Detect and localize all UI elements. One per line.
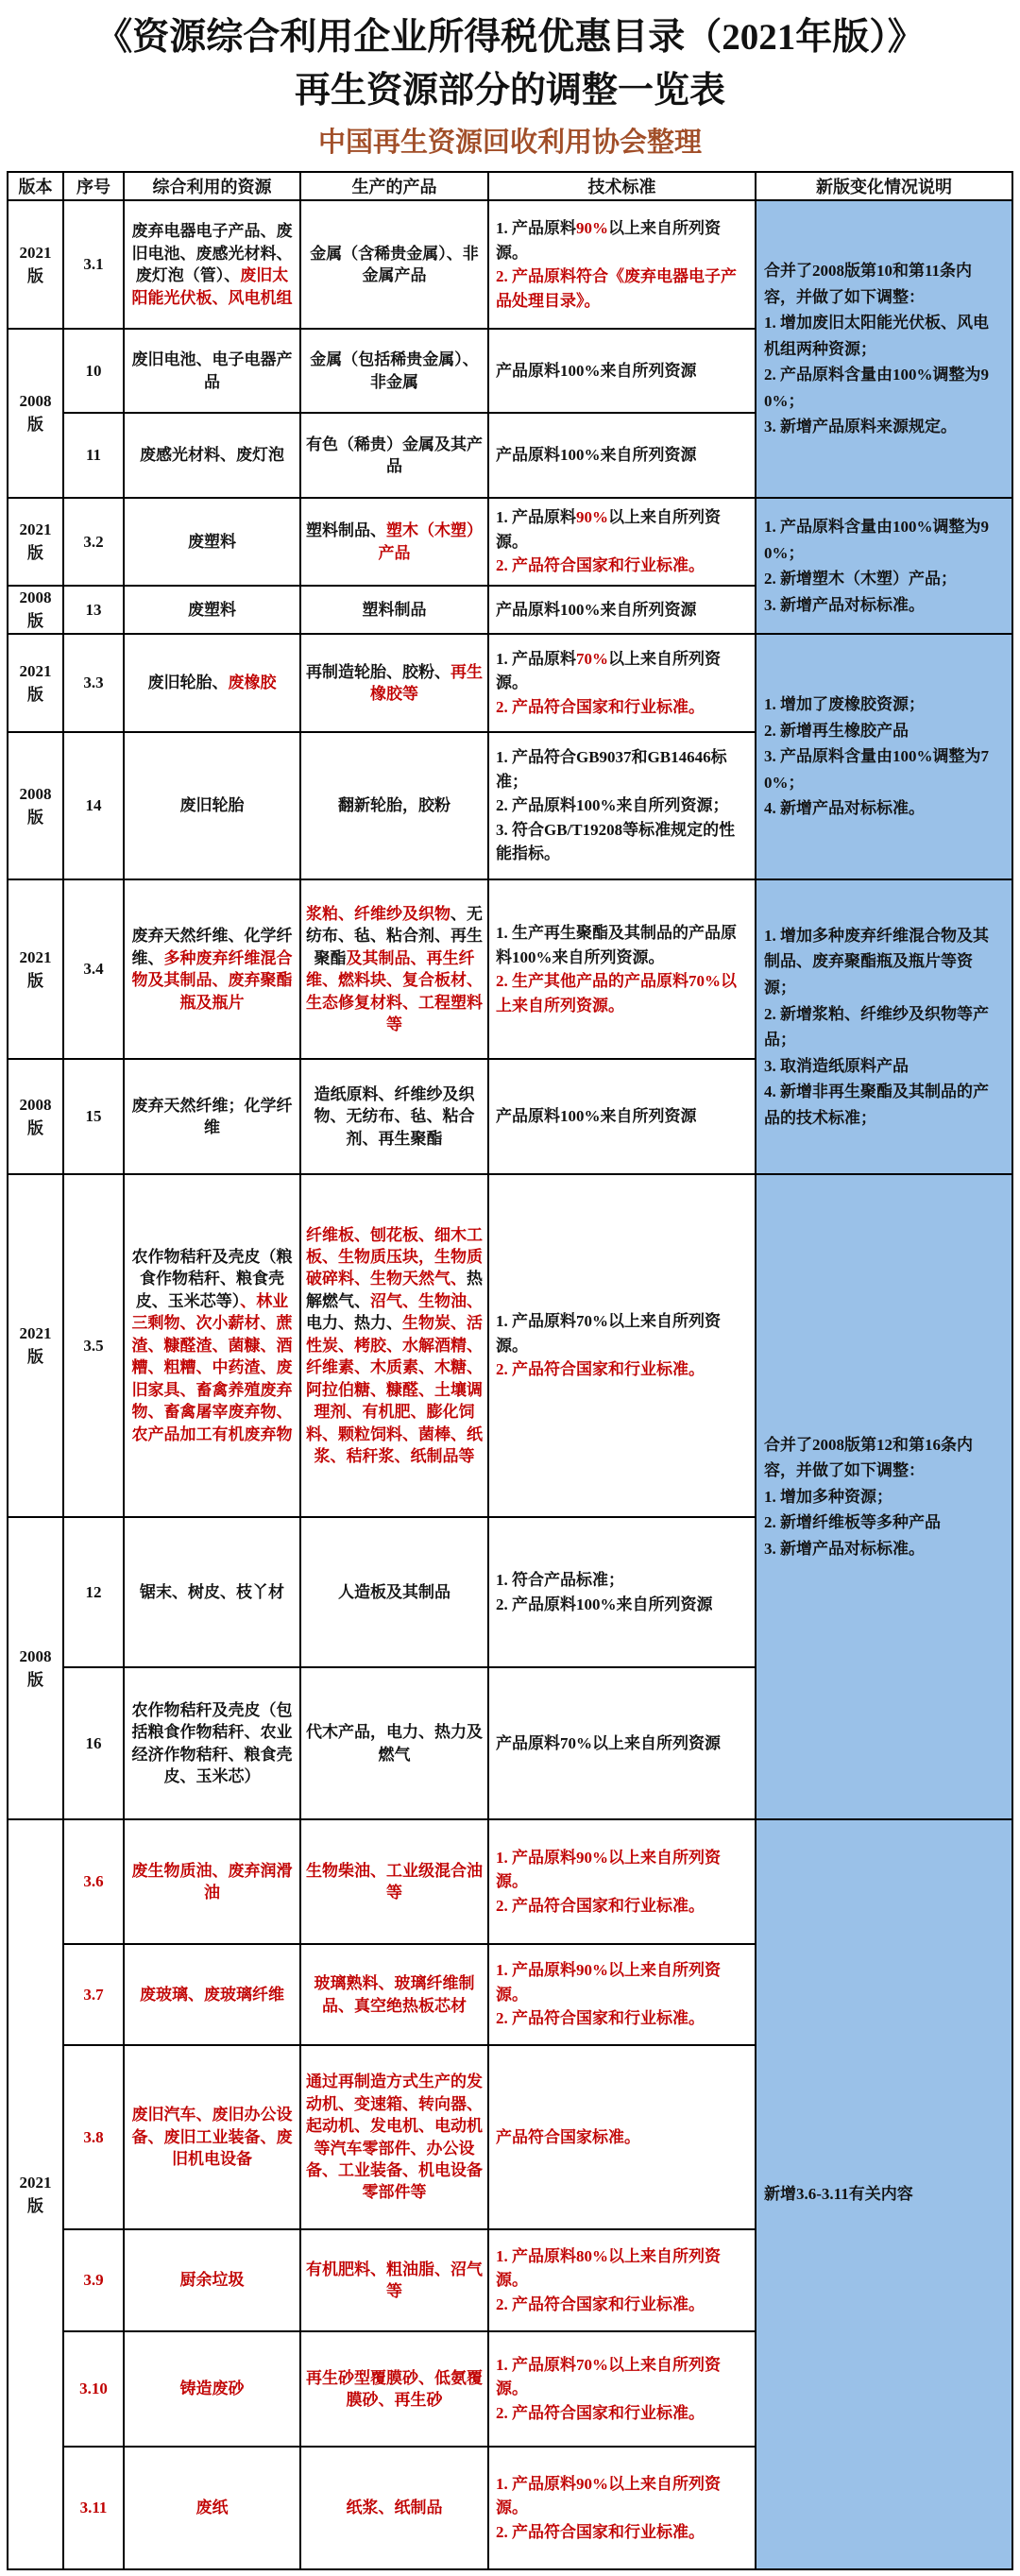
serial-cell: 3.5 xyxy=(63,1174,124,1517)
resource-cell: 废玻璃、废玻璃纤维 xyxy=(124,1944,300,2045)
product-cell: 再制造轮胎、胶粉、再生橡胶等 xyxy=(300,634,488,732)
column-header-product: 生产的产品 xyxy=(300,172,488,200)
changes-cell: 新增3.6-3.11有关内容 xyxy=(756,1819,1012,2569)
page-subtitle-line: 再生资源部分的调整一览表 xyxy=(0,69,1020,114)
changes-cell: 1. 产品原料含量由100%调整为90%；2. 新增塑木（木塑）产品；3. 新增… xyxy=(756,498,1012,634)
product-cell: 塑料制品 xyxy=(300,586,488,634)
standard-cell: 1. 产品原料90%以上来自所列资源。2. 产品符合国家和行业标准。 xyxy=(488,1819,756,1944)
product-cell: 金属（包括稀贵金属）、非金属 xyxy=(300,329,488,413)
product-cell: 玻璃熟料、玻璃纤维制品、真空绝热板芯材 xyxy=(300,1944,488,2045)
resource-cell: 厨余垃圾 xyxy=(124,2229,300,2331)
standard-cell: 1. 产品原料80%以上来自所列资源。2. 产品符合国家和行业标准。 xyxy=(488,2229,756,2331)
resource-cell: 废旧轮胎 xyxy=(124,732,300,879)
version-cell: 2021版 xyxy=(8,634,63,732)
version-cell: 2021版 xyxy=(8,1819,63,2569)
resource-cell: 废旧电池、电子电器产品 xyxy=(124,329,300,413)
product-cell: 翻新轮胎，胶粉 xyxy=(300,732,488,879)
resource-cell: 农作物秸秆及壳皮（包括粮食作物秸秆、农业经济作物秸秆、粮食壳皮、玉米芯） xyxy=(124,1667,300,1819)
table-row: 2021版 3.6 废生物质油、废弃润滑油 生物柴油、工业级混合油等 1. 产品… xyxy=(8,1819,1012,1944)
serial-cell: 3.2 xyxy=(63,498,124,586)
resource-cell: 农作物秸秆及壳皮（粮食作物秸秆、粮食壳皮、玉米芯等）、林业三剩物、次小薪材、蔗渣… xyxy=(124,1174,300,1517)
standard-cell: 产品符合国家标准。 xyxy=(488,2045,756,2229)
product-cell: 纸浆、纸制品 xyxy=(300,2447,488,2569)
standard-cell: 1. 产品符合GB9037和GB14646标准；2. 产品原料100%来自所列资… xyxy=(488,732,756,879)
standard-cell: 1. 产品原料70%以上来自所列资源。2. 产品符合国家和行业标准。 xyxy=(488,2331,756,2447)
standard-cell: 1. 产品原料90%以上来自所列资源。2. 产品原料符合《废弃电器电子产品处理目… xyxy=(488,200,756,329)
resource-cell: 铸造废砂 xyxy=(124,2331,300,2447)
serial-cell: 3.4 xyxy=(63,879,124,1059)
version-cell: 2021版 xyxy=(8,200,63,329)
table-row: 2021版 3.5 农作物秸秆及壳皮（粮食作物秸秆、粮食壳皮、玉米芯等）、林业三… xyxy=(8,1174,1012,1517)
version-cell: 2008版 xyxy=(8,329,63,498)
serial-cell: 3.10 xyxy=(63,2331,124,2447)
standard-cell: 1. 产品原料70%以上来自所列资源。2. 产品符合国家和行业标准。 xyxy=(488,1174,756,1517)
product-cell: 人造板及其制品 xyxy=(300,1517,488,1667)
serial-cell: 10 xyxy=(63,329,124,413)
resource-cell: 废弃天然纤维；化学纤维 xyxy=(124,1059,300,1174)
organizer-credit: 中国再生资源回收利用协会整理 xyxy=(0,127,1020,160)
product-cell: 纤维板、刨花板、细木工板、生物质压块，生物质破碎料、生物天然气、热解燃气、沼气、… xyxy=(300,1174,488,1517)
resource-cell: 废感光材料、废灯泡 xyxy=(124,413,300,498)
serial-cell: 12 xyxy=(63,1517,124,1667)
resource-cell: 废塑料 xyxy=(124,586,300,634)
standard-cell: 1. 产品原料70%以上来自所列资源。2. 产品符合国家和行业标准。 xyxy=(488,634,756,732)
standard-cell: 产品原料100%来自所列资源 xyxy=(488,1059,756,1174)
resource-cell: 废塑料 xyxy=(124,498,300,586)
serial-cell: 3.6 xyxy=(63,1819,124,1944)
serial-cell: 14 xyxy=(63,732,124,879)
product-cell: 再生砂型覆膜砂、低氨覆膜砂、再生砂 xyxy=(300,2331,488,2447)
column-header-serial: 序号 xyxy=(63,172,124,200)
serial-cell: 3.9 xyxy=(63,2229,124,2331)
changes-cell: 合并了2008版第10和第11条内容，并做了如下调整：1. 增加废旧太阳能光伏板… xyxy=(756,200,1012,498)
changes-cell: 1. 增加多种废弃纤维混合物及其制品、废弃聚酯瓶及瓶片等资源；2. 新增浆粕、纤… xyxy=(756,879,1012,1174)
version-cell: 2008版 xyxy=(8,1059,63,1174)
changes-cell: 合并了2008版第12和第16条内容，并做了如下调整：1. 增加多种资源；2. … xyxy=(756,1174,1012,1819)
page-title: 《资源综合利用企业所得税优惠目录（2021年版）》 xyxy=(0,15,1020,61)
column-header-standard: 技术标准 xyxy=(488,172,756,200)
column-header-changes: 新版变化情况说明 xyxy=(756,172,1012,200)
product-cell: 代木产品，电力、热力及燃气 xyxy=(300,1667,488,1819)
table-row: 2021版 3.1 废弃电器电子产品、废旧电池、废感光材料、废灯泡（管）、废旧太… xyxy=(8,200,1012,329)
standard-cell: 1. 生产再生聚酯及其制品的产品原料100%来自所列资源。2. 生产其他产品的产… xyxy=(488,879,756,1059)
adjustment-table: 版本 序号 综合利用的资源 生产的产品 技术标准 新版变化情况说明 2021版 … xyxy=(7,171,1013,2570)
standard-cell: 1. 产品原料90%以上来自所列资源。2. 产品符合国家和行业标准。 xyxy=(488,2447,756,2569)
version-cell: 2008版 xyxy=(8,1517,63,1819)
product-cell: 有色（稀贵）金属及其产品 xyxy=(300,413,488,498)
standard-cell: 1. 产品原料90%以上来自所列资源。2. 产品符合国家和行业标准。 xyxy=(488,498,756,586)
standard-cell: 1. 符合产品标准；2. 产品原料100%来自所列资源 xyxy=(488,1517,756,1667)
serial-cell: 3.7 xyxy=(63,1944,124,2045)
standard-cell: 产品原料100%来自所列资源 xyxy=(488,413,756,498)
serial-cell: 16 xyxy=(63,1667,124,1819)
resource-cell: 废弃电器电子产品、废旧电池、废感光材料、废灯泡（管）、废旧太阳能光伏板、风电机组 xyxy=(124,200,300,329)
standard-cell: 产品原料100%来自所列资源 xyxy=(488,329,756,413)
serial-cell: 15 xyxy=(63,1059,124,1174)
resource-cell: 锯末、树皮、枝丫材 xyxy=(124,1517,300,1667)
serial-cell: 13 xyxy=(63,586,124,634)
product-cell: 生物柴油、工业级混合油等 xyxy=(300,1819,488,1944)
product-cell: 通过再制造方式生产的发动机、变速箱、转向器、起动机、发电机、电动机等汽车零部件、… xyxy=(300,2045,488,2229)
standard-cell: 产品原料100%来自所列资源 xyxy=(488,586,756,634)
changes-cell: 1. 增加了废橡胶资源；2. 新增再生橡胶产品3. 产品原料含量由100%调整为… xyxy=(756,634,1012,879)
product-cell: 浆粕、纤维纱及织物、无纺布、毡、粘合剂、再生聚酯及其制品、再生纤维、燃料块、复合… xyxy=(300,879,488,1059)
version-cell: 2008版 xyxy=(8,732,63,879)
serial-cell: 3.3 xyxy=(63,634,124,732)
column-header-version: 版本 xyxy=(8,172,63,200)
product-cell: 塑料制品、塑木（木塑）产品 xyxy=(300,498,488,586)
resource-cell: 废生物质油、废弃润滑油 xyxy=(124,1819,300,1944)
serial-cell: 11 xyxy=(63,413,124,498)
resource-cell: 废旧轮胎、废橡胶 xyxy=(124,634,300,732)
table-row: 2021版 3.4 废弃天然纤维、化学纤维、多种废弃纤维混合物及其制品、废弃聚酯… xyxy=(8,879,1012,1059)
standard-cell: 产品原料70%以上来自所列资源 xyxy=(488,1667,756,1819)
version-cell: 2021版 xyxy=(8,879,63,1059)
product-cell: 金属（含稀贵金属）、非金属产品 xyxy=(300,200,488,329)
serial-cell: 3.11 xyxy=(63,2447,124,2569)
resource-cell: 废旧汽车、废旧办公设备、废旧工业装备、废旧机电设备 xyxy=(124,2045,300,2229)
table-row: 2021版 3.3 废旧轮胎、废橡胶 再制造轮胎、胶粉、再生橡胶等 1. 产品原… xyxy=(8,634,1012,732)
version-cell: 2021版 xyxy=(8,1174,63,1517)
product-cell: 造纸原料、纤维纱及织物、无纺布、毡、粘合剂、再生聚酯 xyxy=(300,1059,488,1174)
resource-cell: 废弃天然纤维、化学纤维、多种废弃纤维混合物及其制品、废弃聚酯瓶及瓶片 xyxy=(124,879,300,1059)
version-cell: 2008版 xyxy=(8,586,63,634)
standard-cell: 1. 产品原料90%以上来自所列资源。2. 产品符合国家和行业标准。 xyxy=(488,1944,756,2045)
table-row: 2021版 3.2 废塑料 塑料制品、塑木（木塑）产品 1. 产品原料90%以上… xyxy=(8,498,1012,586)
table-header-row: 版本 序号 综合利用的资源 生产的产品 技术标准 新版变化情况说明 xyxy=(8,172,1012,200)
serial-cell: 3.1 xyxy=(63,200,124,329)
product-cell: 有机肥料、粗油脂、沼气等 xyxy=(300,2229,488,2331)
document-header: 《资源综合利用企业所得税优惠目录（2021年版）》 再生资源部分的调整一览表 中… xyxy=(0,0,1020,160)
version-cell: 2021版 xyxy=(8,498,63,586)
serial-cell: 3.8 xyxy=(63,2045,124,2229)
resource-cell: 废纸 xyxy=(124,2447,300,2569)
column-header-resource: 综合利用的资源 xyxy=(124,172,300,200)
